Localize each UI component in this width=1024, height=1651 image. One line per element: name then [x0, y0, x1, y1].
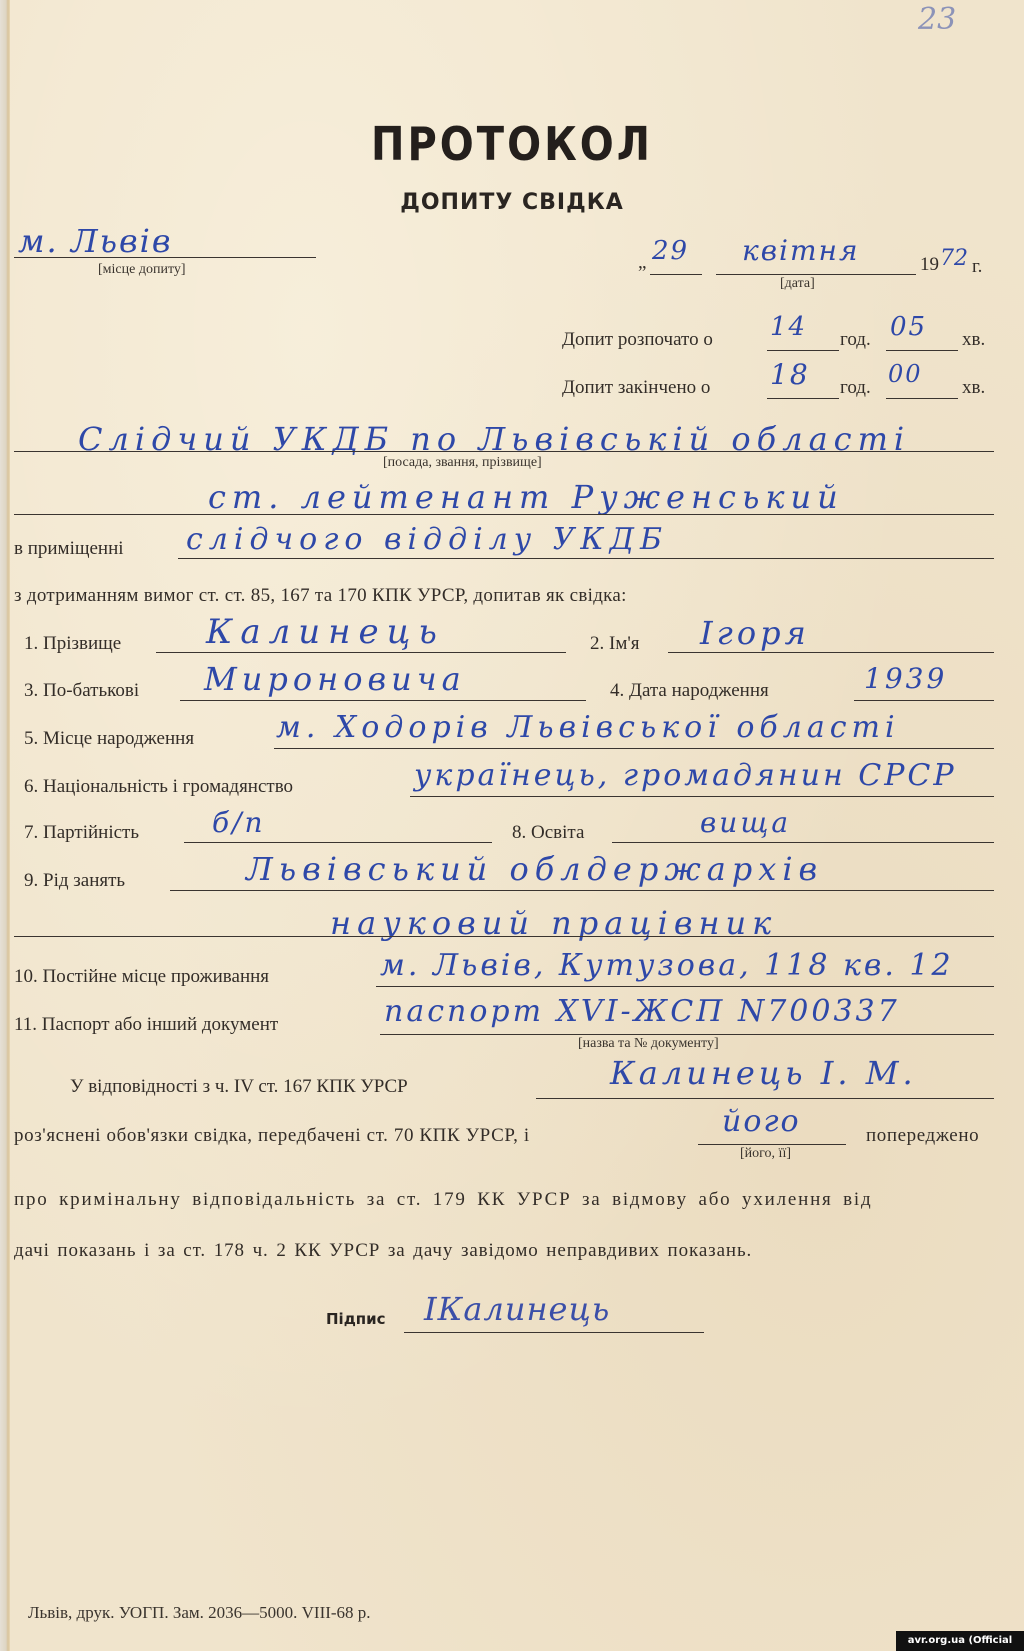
- date-prefix: „: [638, 252, 646, 274]
- investigator-line2-rule: [14, 514, 994, 515]
- investigator-caption: [посада, звання, прізвище]: [383, 455, 542, 471]
- rights-line2-rule: [698, 1144, 846, 1145]
- premises-value: слідчого відділу УКДБ: [186, 522, 668, 557]
- investigator-line1: Слідчий УКДБ по Львівській області: [78, 420, 910, 458]
- place-line: [14, 257, 316, 258]
- signature-value: ІКалинець: [424, 1290, 610, 1328]
- rights-line1-label: У відповідності з ч. IV ст. 167 КПК УРСР: [70, 1076, 408, 1098]
- start-minutes-unit: хв.: [962, 329, 985, 351]
- patronymic-value: Мироновича: [204, 660, 466, 698]
- patronymic-label: 3. По-батькові: [24, 680, 139, 702]
- date-month: квітня: [742, 234, 860, 267]
- end-hours-line: [767, 398, 839, 399]
- premises-label: в приміщенні: [14, 538, 124, 560]
- print-footer: Львів, друк. УОГП. Зам. 2036—5000. VIII-…: [28, 1603, 371, 1623]
- surname-label: 1. Прізвище: [24, 633, 121, 655]
- document-subtitle: ДОПИТУ СВІДКА: [0, 190, 1024, 215]
- education-value: вища: [700, 806, 791, 839]
- party-value: б/п: [212, 806, 266, 839]
- start-label: Допит розпочато о: [562, 329, 713, 351]
- passport-value: паспорт XVI-ЖСП N700337: [384, 994, 900, 1029]
- date-caption: [дата]: [780, 276, 815, 292]
- name-label: 2. Ім'я: [590, 633, 640, 655]
- rights-line4: дачі показань і за ст. 178 ч. 2 КК УРСР …: [14, 1240, 752, 1262]
- page-left-edge: [0, 0, 10, 1651]
- residence-label: 10. Постійне місце проживання: [14, 966, 269, 988]
- document-title: ПРОТОКОЛ: [0, 119, 1024, 172]
- birth-place-label: 5. Місце народження: [24, 728, 194, 750]
- place-value: м. Львів: [18, 222, 172, 260]
- education-label: 8. Освіта: [512, 822, 584, 844]
- occupation-rule2: [14, 936, 994, 937]
- start-minutes-line: [886, 350, 958, 351]
- patronymic-rule: [180, 700, 586, 701]
- rights-line3: про кримінальну відповідальність за ст. …: [14, 1189, 872, 1211]
- rights-line2-end: попереджено: [866, 1125, 979, 1147]
- surname-rule: [156, 652, 566, 653]
- name-rule: [668, 652, 994, 653]
- passport-caption: [назва та № документу]: [578, 1036, 719, 1052]
- rights-line1-value: Калинець І. М.: [610, 1054, 917, 1092]
- end-minutes: 00: [888, 360, 923, 388]
- end-minutes-line: [886, 398, 958, 399]
- start-hours-unit: год.: [840, 329, 871, 351]
- surname-value: Калинець: [206, 612, 445, 652]
- party-rule: [184, 842, 492, 843]
- intro-text: з дотриманням вимог ст. ст. 85, 167 та 1…: [14, 585, 627, 607]
- start-hours-line: [767, 350, 839, 351]
- date-year: 72: [940, 246, 968, 271]
- occupation-value-line1: Львівський облдержархів: [246, 850, 823, 888]
- birth-place-value: м. Ходорів Львівської області: [276, 710, 900, 745]
- date-month-line: [716, 274, 916, 275]
- birth-date-label: 4. Дата народження: [610, 680, 769, 702]
- nationality-label: 6. Національність і громадянство: [24, 776, 293, 798]
- source-watermark: avr.org.ua (Official website): [896, 1631, 1024, 1651]
- investigator-line2: ст. лейтенант Руженський: [208, 478, 844, 516]
- start-hours: 14: [770, 312, 807, 342]
- start-minutes: 05: [890, 312, 927, 342]
- residence-value: м. Львів, Кутузова, 118 кв. 12: [380, 948, 954, 983]
- party-label: 7. Партійність: [24, 822, 139, 844]
- education-rule: [612, 842, 994, 843]
- place-caption: [місце допиту]: [98, 262, 186, 278]
- date-day: 29: [652, 236, 689, 266]
- passport-rule: [380, 1034, 994, 1035]
- occupation-label: 9. Рід занять: [24, 870, 125, 892]
- document-page: 23 ПРОТОКОЛ ДОПИТУ СВІДКА м. Львів [місц…: [0, 0, 1024, 1651]
- rights-line2-value: його: [722, 1104, 801, 1139]
- birth-date-value: 1939: [864, 662, 947, 695]
- end-label: Допит закінчено о: [562, 377, 710, 399]
- nationality-rule: [410, 796, 994, 797]
- rights-line2-caption: [його, її]: [740, 1146, 791, 1162]
- birth-date-rule: [854, 700, 994, 701]
- date-suffix: г.: [972, 256, 982, 278]
- birth-place-rule: [274, 748, 994, 749]
- rights-line1-rule: [536, 1098, 994, 1099]
- nationality-value: українець, громадянин СРСР: [414, 758, 957, 793]
- residence-rule: [376, 986, 994, 987]
- end-hours: 18: [770, 358, 810, 391]
- signature-rule: [404, 1332, 704, 1333]
- end-minutes-unit: хв.: [962, 377, 985, 399]
- end-hours-unit: год.: [840, 377, 871, 399]
- date-year-prefix: 19: [920, 254, 939, 276]
- premises-rule: [178, 558, 994, 559]
- occupation-rule1: [170, 890, 994, 891]
- rights-line2-start: роз'яснені обов'язки свідка, передбачені…: [14, 1125, 530, 1147]
- investigator-line1-rule: [14, 451, 994, 452]
- name-value: Ігоря: [700, 614, 810, 652]
- signature-label: Підпис: [326, 1310, 386, 1328]
- passport-label: 11. Паспорт або інший документ: [14, 1014, 278, 1036]
- page-number: 23: [918, 2, 956, 37]
- date-day-line: [650, 274, 702, 275]
